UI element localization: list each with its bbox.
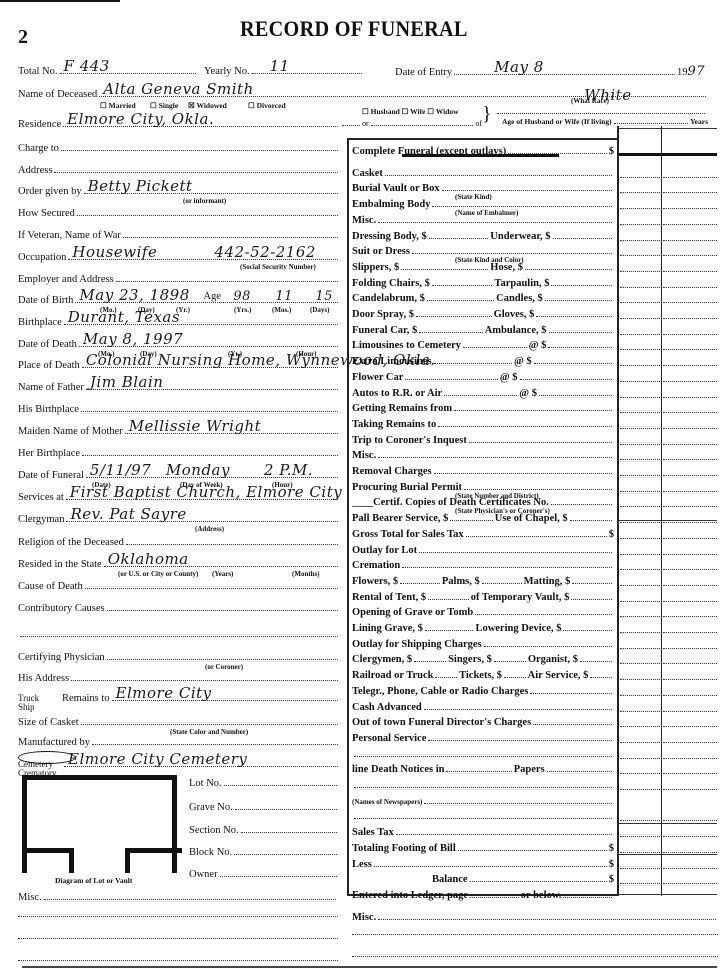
- dod-label: Date of Death: [18, 339, 77, 350]
- clergyman-value: Rev. Pat Sayre: [70, 505, 186, 523]
- resided-caption-0: (or U.S. or City or County): [118, 570, 198, 578]
- charge-row-8[interactable]: Folding Chairs, $Tarpaulin, $: [352, 277, 614, 291]
- lot-field-3[interactable]: Block No.: [189, 845, 339, 861]
- amount-cell[interactable]: [620, 381, 660, 382]
- amount-cell[interactable]: [620, 585, 660, 586]
- field-veteran[interactable]: If Veteran, Name of War: [18, 228, 340, 244]
- charge-row-23[interactable]: Pall Bearer Service, $Use of Chapel, $: [352, 512, 614, 526]
- amount-cell[interactable]: [663, 318, 717, 319]
- amount-cell[interactable]: [663, 271, 717, 272]
- charge-row-43[interactable]: Sales Tax: [352, 826, 614, 840]
- checkbox-married[interactable]: ☐ Married: [100, 101, 136, 110]
- occupation-value: Housewife: [72, 243, 157, 261]
- field-his-birthplace[interactable]: His Birthplace: [18, 402, 340, 418]
- amount-cell[interactable]: [620, 742, 660, 743]
- clergyman-caption: (Address): [195, 525, 224, 533]
- day-of-week: Monday: [166, 461, 230, 479]
- amount-cell[interactable]: [620, 883, 660, 884]
- employer-label: Employer and Address: [18, 274, 114, 285]
- funeral-hour: 2 P.M.: [264, 461, 313, 479]
- birthplace-value: Durant, Texas: [68, 308, 180, 326]
- field-cause-of-death[interactable]: Cause of Death: [18, 579, 340, 595]
- amount-cell[interactable]: [663, 506, 717, 507]
- amount-cell[interactable]: [620, 240, 660, 241]
- amount-cell[interactable]: [663, 585, 717, 586]
- amount-cell[interactable]: [663, 711, 717, 712]
- father-label: Name of Father: [18, 382, 84, 393]
- physician-label: Certifying Physician: [18, 652, 105, 663]
- year-value: 97: [687, 64, 705, 79]
- her_birthplace-label: Her Birthplace: [18, 448, 80, 459]
- amount-cell[interactable]: [663, 663, 717, 664]
- occupation-label: Occupation: [18, 252, 66, 263]
- amount-cell[interactable]: [663, 695, 717, 696]
- cemetery-circled: [18, 751, 76, 764]
- lot-field-0[interactable]: Lot No.: [189, 776, 339, 792]
- date-of-entry-label: Date of Entry: [395, 67, 452, 78]
- amount-cell[interactable]: [663, 852, 717, 853]
- resided-value: Oklahoma: [108, 550, 189, 568]
- charge-row-38[interactable]: [352, 748, 614, 762]
- amount-cell[interactable]: [620, 726, 660, 727]
- amount-cell[interactable]: [620, 318, 660, 319]
- resided-caption-2: (Months): [292, 570, 320, 578]
- amount-cell[interactable]: [620, 616, 660, 617]
- yearly-no-label: Yearly No.: [204, 66, 250, 77]
- charge-row-14[interactable]: Flower Car@ $: [352, 371, 614, 385]
- amount-cell[interactable]: [663, 428, 717, 429]
- amount-cell[interactable]: [663, 287, 717, 288]
- residence-field[interactable]: Residence Elmore City, Okla.: [18, 117, 340, 133]
- amount-cell[interactable]: [663, 836, 717, 837]
- dod-value: May 8, 1997: [83, 330, 183, 348]
- charge-row-46[interactable]: Balance$: [352, 873, 614, 887]
- mother-value: Mellissie Wright: [129, 417, 261, 435]
- field-mother[interactable]: Maiden Name of MotherMellissie Wright: [18, 424, 340, 440]
- charge-row-4[interactable]: Misc.: [352, 214, 614, 228]
- amount-cell[interactable]: [620, 334, 660, 335]
- charge-row-5[interactable]: Dressing Body, $Underwear, $: [352, 230, 614, 244]
- amount-cell[interactable]: [620, 789, 660, 790]
- charge-row-1[interactable]: Casket: [352, 167, 614, 181]
- amount-cell[interactable]: [663, 192, 717, 193]
- amount-cell[interactable]: [620, 192, 660, 193]
- amount-cell[interactable]: [663, 616, 717, 617]
- amount-cell[interactable]: [663, 491, 717, 492]
- amount-cell[interactable]: [663, 538, 717, 539]
- total-no-value: F 443: [64, 57, 110, 75]
- amount-cell[interactable]: [663, 412, 717, 413]
- amount-cell[interactable]: [620, 663, 660, 664]
- father-value: Jim Blain: [90, 373, 164, 391]
- bottom-rule: [22, 966, 717, 968]
- amount-cell[interactable]: [620, 506, 660, 507]
- amount-cell[interactable]: [663, 569, 717, 570]
- remains_to-label: Remains to: [62, 693, 110, 704]
- charge-row-16[interactable]: Getting Remains from: [352, 402, 614, 416]
- checkbox-divorced[interactable]: ☐ Divorced: [248, 101, 286, 110]
- amount-cell[interactable]: [663, 632, 717, 633]
- date_of_funeral-value: 5/11/97: [90, 461, 151, 479]
- yearly-no-value: 11: [270, 57, 290, 75]
- charge-row-10[interactable]: Door Spray, $Gloves, $: [352, 308, 614, 322]
- checkbox-widowed[interactable]: ☒ Widowed: [188, 101, 227, 110]
- veteran-label: If Veteran, Name of War: [18, 230, 121, 241]
- charge-row-41[interactable]: (Names of Newspapers): [352, 795, 614, 809]
- occupation-caption: (Social Security Number): [240, 263, 316, 271]
- how_secured-label: How Secured: [18, 208, 75, 219]
- amount-cell[interactable]: [620, 538, 660, 539]
- amount-cell[interactable]: [663, 177, 717, 178]
- amount-cell[interactable]: [620, 302, 660, 303]
- amount-cell[interactable]: [620, 522, 660, 523]
- cemetery-value: Elmore City Cemetery: [68, 750, 247, 768]
- charge-row-47[interactable]: Entered into Ledger, pageor below.: [352, 889, 614, 903]
- resided-label: Resided in the State: [18, 559, 102, 570]
- amount-cell[interactable]: [620, 868, 660, 869]
- amount-cell[interactable]: [620, 601, 660, 602]
- remains_to-prefix: TruckShip: [18, 694, 62, 712]
- amount-cell[interactable]: [620, 632, 660, 633]
- charge-row-37[interactable]: Personal Service: [352, 732, 614, 746]
- amount-cell[interactable]: [663, 648, 717, 649]
- charge-row-26[interactable]: Cremation: [352, 559, 614, 573]
- amount-cell[interactable]: [663, 475, 717, 476]
- charge-row-45[interactable]: Less$: [352, 858, 614, 872]
- resided-caption-1: (Years): [212, 570, 233, 578]
- date_of_funeral-label: Date of Funeral: [18, 470, 84, 481]
- amount-cell[interactable]: [620, 428, 660, 429]
- amount-cell[interactable]: [663, 726, 717, 727]
- spouse-age-field[interactable]: Age of Husband or Wife (If living) Years: [502, 117, 708, 133]
- amount-cell[interactable]: [663, 883, 717, 884]
- lot-diagram: [22, 775, 177, 873]
- field-clergyman[interactable]: ClergymanRev. Pat Sayre: [18, 512, 340, 528]
- charge-row-25[interactable]: Outlay for Lot: [352, 544, 614, 558]
- amount-cell[interactable]: [663, 868, 717, 869]
- charge-row-20[interactable]: Removal Charges: [352, 465, 614, 479]
- amount-cell[interactable]: [620, 758, 660, 759]
- name-of-deceased-label: Name of Deceased: [18, 89, 97, 100]
- charge-row-36[interactable]: Out of town Funeral Director's Charges: [352, 716, 614, 730]
- field-order-given-by[interactable]: Order given byBetty Pickett: [18, 184, 340, 200]
- manufactured_by-label: Manufactured by: [18, 737, 90, 748]
- title-underline: [0, 0, 120, 2]
- amount-cell[interactable]: [620, 569, 660, 570]
- amount-cell[interactable]: [620, 491, 660, 492]
- amount-cell[interactable]: [620, 820, 660, 821]
- charge-row-13[interactable]: Extra Limousines@ $: [352, 355, 614, 369]
- yearly-no-field[interactable]: Yearly No. 11: [204, 64, 364, 80]
- age-days: 15: [315, 289, 333, 304]
- dob-caption-4: (Mos.): [272, 306, 291, 314]
- form-title: RECORD OF FUNERAL: [240, 16, 468, 42]
- amount-cell[interactable]: [663, 742, 717, 743]
- field-blank[interactable]: [18, 627, 340, 643]
- date-of-entry-value: May 8: [494, 58, 544, 76]
- field-place-of-death[interactable]: Place of DeathColonial Nursing Home, Wyn…: [18, 358, 340, 374]
- order_given_by-caption: (or informant): [183, 197, 226, 205]
- charge-row-34[interactable]: Telegr., Phone, Cable or Radio Charges: [352, 685, 614, 699]
- page-number: 2: [18, 26, 28, 49]
- amount-cell[interactable]: [620, 397, 660, 398]
- charge-row-27[interactable]: Flowers, $Palms, $Matting, $: [352, 575, 614, 589]
- charge-row-19[interactable]: Misc.: [352, 449, 614, 463]
- field-father[interactable]: Name of FatherJim Blain: [18, 380, 340, 396]
- dob-caption-5: (Days): [310, 306, 329, 314]
- amount-cell[interactable]: [620, 271, 660, 272]
- dob-caption-3: (Yrs.): [234, 306, 251, 314]
- amount-cell[interactable]: [620, 648, 660, 649]
- lot-field-2[interactable]: Section No.: [189, 823, 339, 839]
- charge-row-24[interactable]: Gross Total for Sales Tax$: [352, 528, 614, 542]
- amount-cell[interactable]: [663, 255, 717, 256]
- amount-cell[interactable]: [620, 836, 660, 837]
- dob-label: Date of Birth: [18, 295, 73, 306]
- services_at-value: First Baptist Church, Elmore City: [70, 483, 342, 501]
- ssn-value: 442-52-2162: [214, 243, 316, 261]
- clergyman-label: Clergyman: [18, 514, 64, 525]
- amount-cell[interactable]: [663, 381, 717, 382]
- charge-row-15[interactable]: Autos to R.R. or Air@ $: [352, 387, 614, 401]
- charge-row-40[interactable]: [352, 779, 614, 793]
- age-years: 98: [233, 289, 251, 304]
- address-label: Address: [18, 165, 52, 176]
- dob-value: May 23, 1898: [79, 286, 189, 304]
- field-services-at[interactable]: Services atFirst Baptist Church, Elmore …: [18, 490, 340, 506]
- amount-cell[interactable]: [663, 208, 717, 209]
- services_at-label: Services at: [18, 492, 64, 503]
- charge-row-39[interactable]: line Death Notices inPapers: [352, 763, 614, 777]
- charge-row-12[interactable]: Limousines to Cemetery@ $: [352, 339, 614, 353]
- amount-cell[interactable]: [620, 695, 660, 696]
- charge-row-35[interactable]: Cash Advanced: [352, 701, 614, 715]
- charge-row-31[interactable]: Outlay for Shipping Charges: [352, 638, 614, 652]
- order_given_by-label: Order given by: [18, 186, 82, 197]
- charge-row-18[interactable]: Trip to Coroner's Inquest: [352, 434, 614, 448]
- residence-label: Residence: [18, 119, 61, 130]
- name-of-deceased-value: Alta Geneva Smith: [103, 80, 253, 98]
- cause_of_death-label: Cause of Death: [18, 581, 83, 592]
- his_birthplace-label: His Birthplace: [18, 404, 79, 415]
- amount-cell[interactable]: [663, 679, 717, 680]
- amount-cell[interactable]: [663, 820, 717, 821]
- amount-cell[interactable]: [620, 255, 660, 256]
- field-her-birthplace[interactable]: Her Birthplace: [18, 446, 340, 462]
- amount-cell[interactable]: [663, 522, 717, 523]
- amount-cell[interactable]: [663, 349, 717, 350]
- charge-row-9[interactable]: Candelabrum, $Candles, $: [352, 292, 614, 306]
- amount-cell[interactable]: [620, 459, 660, 460]
- amount-cell[interactable]: [620, 224, 660, 225]
- amount-cell[interactable]: [620, 679, 660, 680]
- amount-cell[interactable]: [663, 334, 717, 335]
- amount-cell[interactable]: [620, 365, 660, 366]
- remains_to-value: Elmore City: [116, 684, 212, 702]
- amount-cell[interactable]: [620, 711, 660, 712]
- spouse-checkboxes[interactable]: ☐ Husband ☐ Wife ☐ Widow: [362, 107, 459, 116]
- field-remains-to[interactable]: TruckShipRemains toElmore City: [18, 691, 340, 707]
- amount-cell[interactable]: [620, 287, 660, 288]
- amount-cell[interactable]: [663, 459, 717, 460]
- charge-row-44[interactable]: Totaling Footing of Bill$: [352, 842, 614, 856]
- amount-cell[interactable]: [620, 852, 660, 853]
- total-no-field[interactable]: Total No. F 443: [18, 64, 198, 80]
- field-birthplace[interactable]: BirthplaceDurant, Texas: [18, 315, 340, 331]
- amount-cell[interactable]: [620, 475, 660, 476]
- amount-cell[interactable]: [663, 773, 717, 774]
- field-manufactured-by[interactable]: Manufactured by: [18, 735, 340, 751]
- charge-row-11[interactable]: Funeral Car, $Ambulance, $: [352, 324, 614, 338]
- charge_to-label: Charge to: [18, 143, 59, 154]
- order_given_by-value: Betty Pickett: [88, 177, 193, 195]
- charge-row-0[interactable]: Complete Funeral (except outlays)$: [352, 145, 614, 159]
- brace: }: [482, 104, 492, 124]
- amount-cell[interactable]: [663, 224, 717, 225]
- physician-caption: (or Coroner): [205, 663, 243, 671]
- checkbox-single[interactable]: ☐ Single: [150, 101, 178, 110]
- amount-cell[interactable]: [663, 302, 717, 303]
- amount-cell[interactable]: [663, 554, 717, 555]
- misc-right-field[interactable]: Misc.: [352, 910, 718, 926]
- amount-cell[interactable]: [620, 177, 660, 178]
- lot-diagram-caption: Diagram of Lot or Vault: [55, 876, 132, 885]
- amount-cell[interactable]: [620, 444, 660, 445]
- charge-row-17[interactable]: Taking Remains to: [352, 418, 614, 432]
- residence-value: Elmore City, Okla.: [67, 110, 214, 128]
- year-prefix: 19: [677, 67, 688, 78]
- field-contributory[interactable]: Contributory Causes: [18, 601, 340, 617]
- charge-row-29[interactable]: Opening of Grave or Tomb: [352, 606, 614, 620]
- place_of_death-label: Place of Death: [18, 360, 80, 371]
- religion-label: Religion of the Deceased: [18, 537, 124, 548]
- amount-cell[interactable]: [663, 789, 717, 790]
- amount-cell[interactable]: [663, 444, 717, 445]
- amount-cell[interactable]: [620, 554, 660, 555]
- mother-label: Maiden Name of Mother: [18, 426, 123, 437]
- misc-left-field[interactable]: Misc.: [18, 890, 338, 906]
- charge-row-28[interactable]: Rental of Tent, $of Temporary Vault, $: [352, 591, 614, 605]
- field-charge-to[interactable]: Charge to: [18, 141, 340, 157]
- amount-cell[interactable]: [620, 412, 660, 413]
- amount-cell[interactable]: [663, 758, 717, 759]
- charge-row-33[interactable]: Railroad or TruckTickets, $Air Service, …: [352, 669, 614, 683]
- casket_size-label: Size of Casket: [18, 717, 79, 728]
- charge-row-7[interactable]: Slippers, $Hose, $: [352, 261, 614, 275]
- age-months: 11: [275, 289, 293, 304]
- amount-cell[interactable]: [663, 365, 717, 366]
- birthplace-label: Birthplace: [18, 317, 62, 328]
- field-physician[interactable]: Certifying Physician: [18, 650, 340, 666]
- amount-cell[interactable]: [620, 773, 660, 774]
- total-no-label: Total No.: [18, 66, 58, 77]
- his_address-label: His Address: [18, 673, 69, 684]
- charge-row-30[interactable]: Lining Grave, $Lowering Device, $: [352, 622, 614, 636]
- amount-cell[interactable]: [620, 208, 660, 209]
- spouse-name-field[interactable]: or of: [340, 116, 482, 132]
- lot-field-4[interactable]: Owner: [189, 867, 339, 883]
- field-religion[interactable]: Religion of the Deceased: [18, 535, 340, 551]
- amount-cell[interactable]: [620, 349, 660, 350]
- contributory-label: Contributory Causes: [18, 603, 105, 614]
- field-how-secured[interactable]: How Secured: [18, 206, 340, 222]
- charge-row-42[interactable]: [352, 810, 614, 824]
- amount-cell[interactable]: [663, 240, 717, 241]
- date-of-entry-field[interactable]: Date of Entry May 8 19 97: [395, 64, 705, 80]
- amount-cell[interactable]: [663, 601, 717, 602]
- lot-field-1[interactable]: Grave No.: [189, 800, 339, 816]
- amount-cell[interactable]: [663, 397, 717, 398]
- charge-row-32[interactable]: Clergymen, $Singers, $Organist, $: [352, 653, 614, 667]
